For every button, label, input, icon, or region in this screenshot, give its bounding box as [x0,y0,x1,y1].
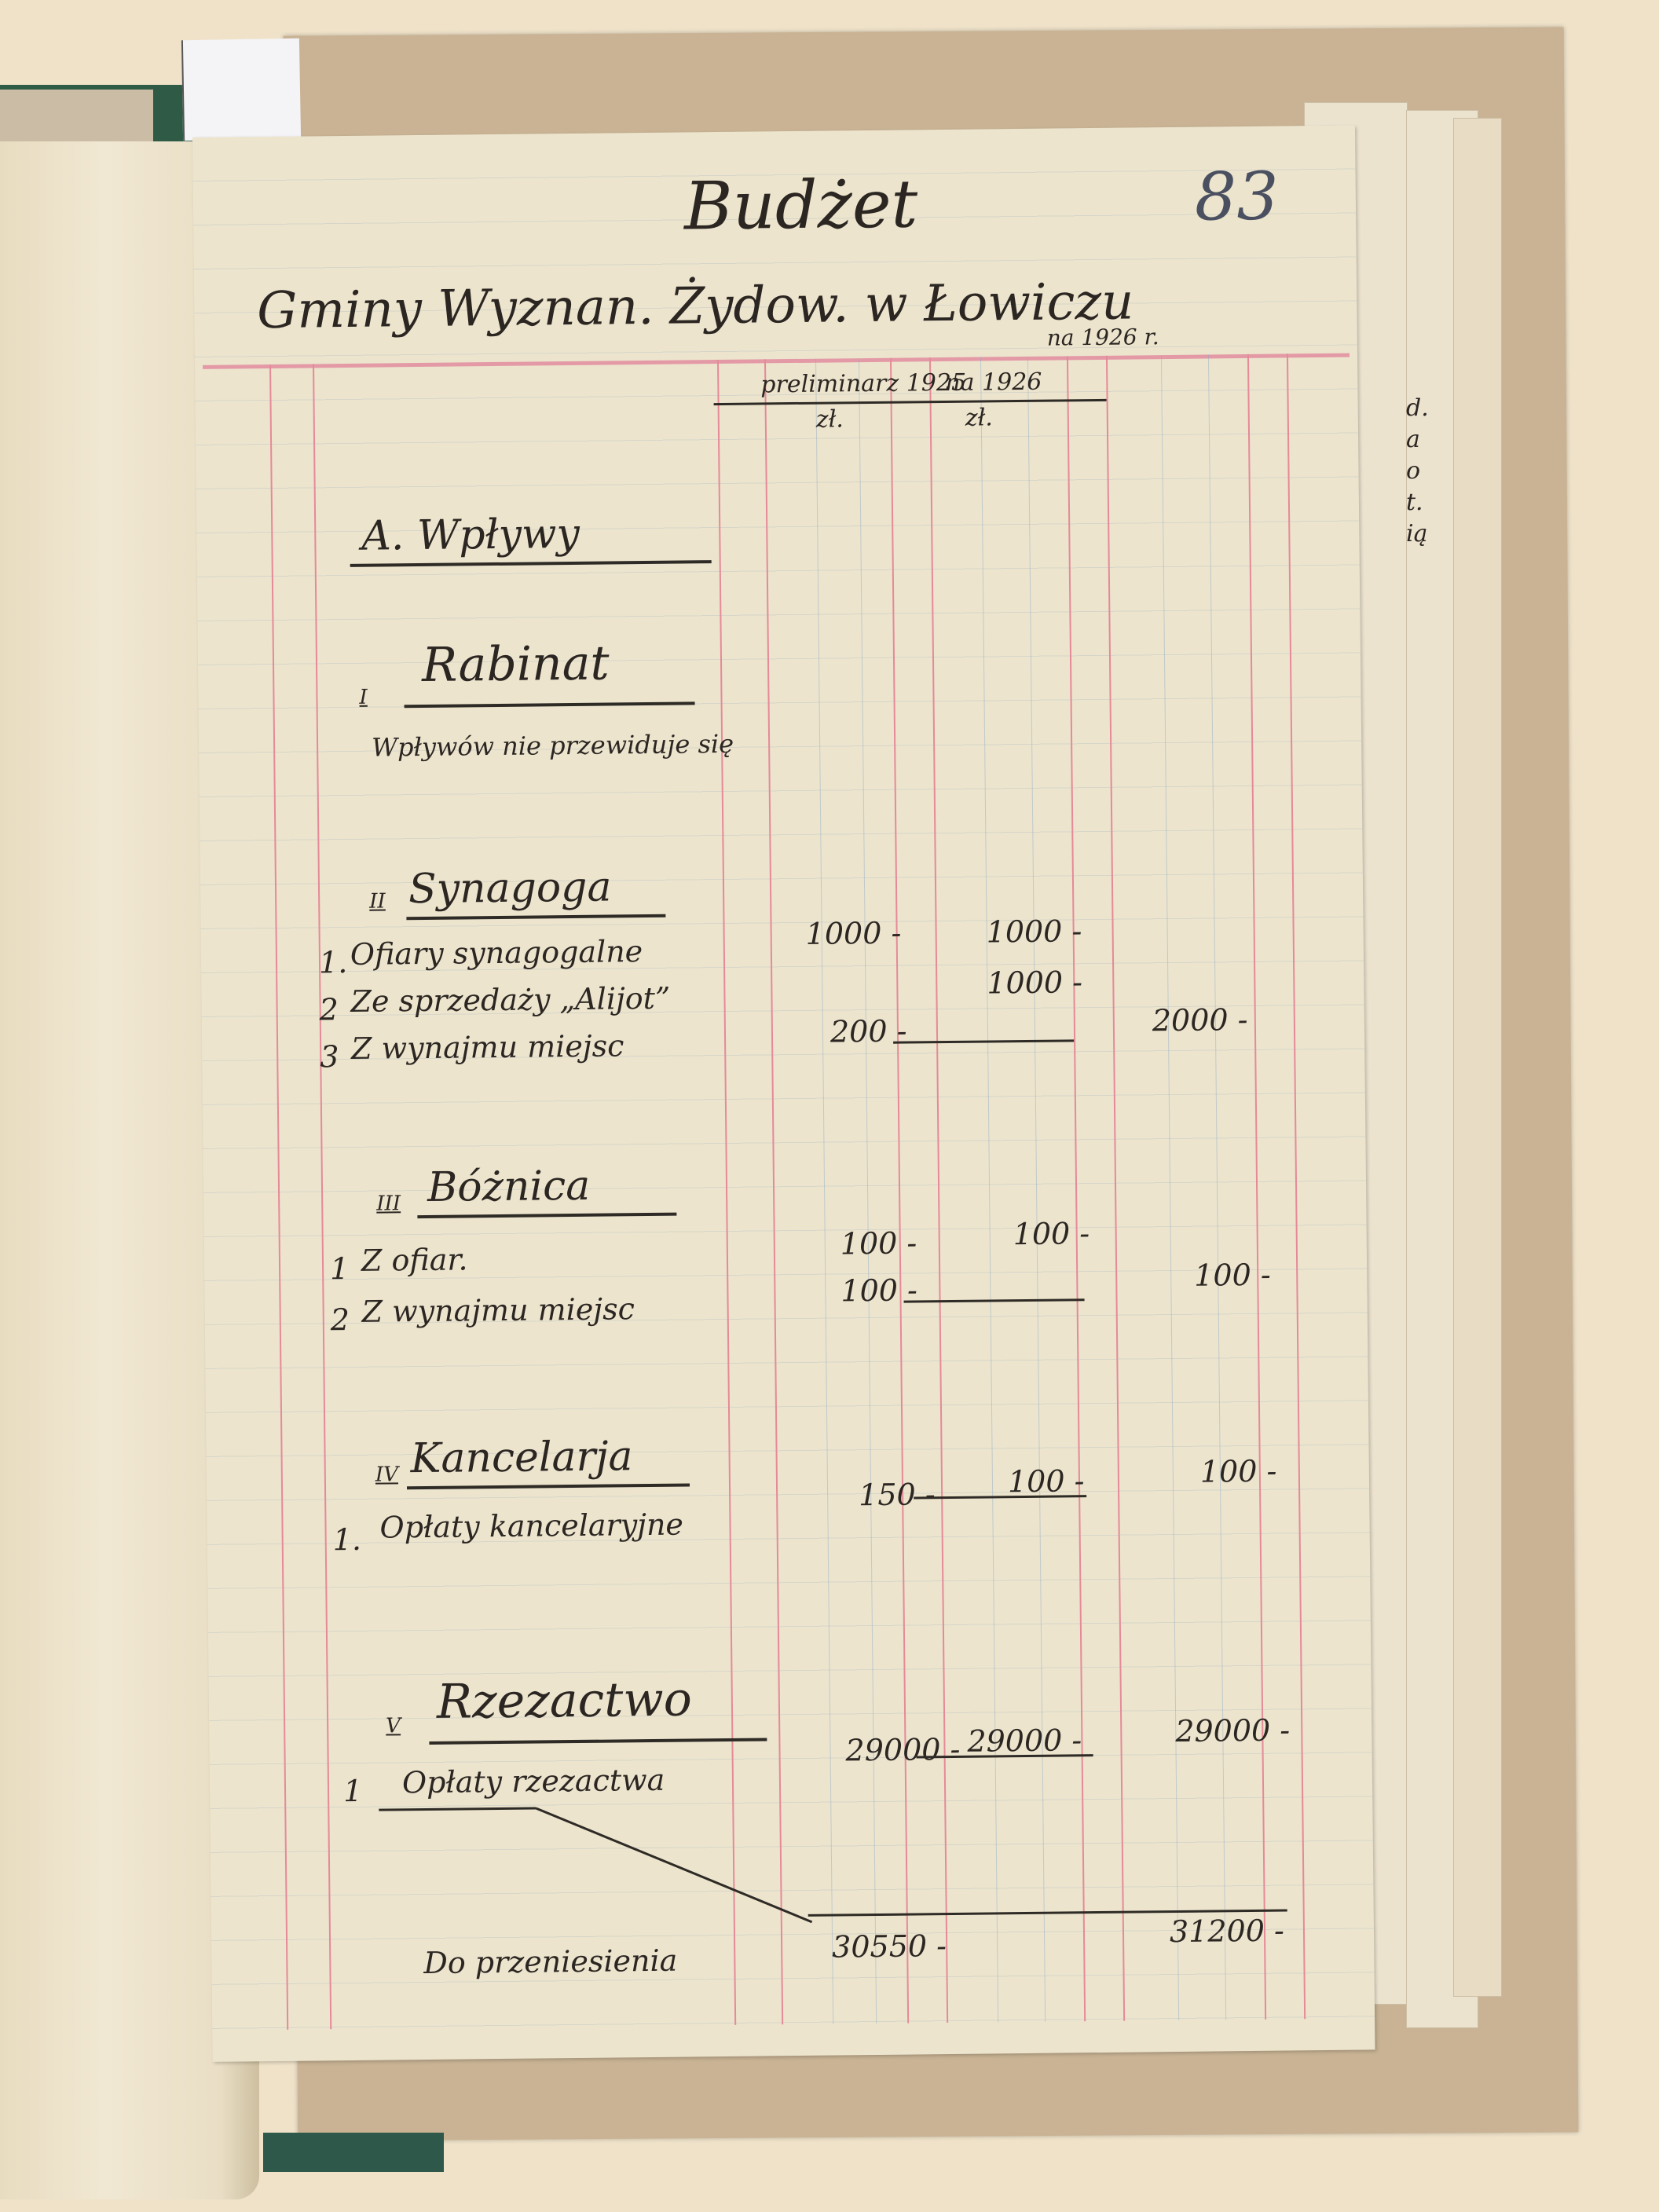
carry-forward-1926: 31200 - [1170,1914,1284,1950]
amount-1926: 100 - [1008,1463,1085,1499]
page-subtitle: Gminy Wyznan. Żydow. w Łowiczu [257,273,1134,340]
subtotal-rule [904,1298,1085,1302]
item-label: Ofiary synagogalne [350,934,643,972]
item-label: Opłaty rzezactwa [402,1763,665,1800]
header-rule [203,353,1350,369]
item-label: Z wynajmu miejsc [351,1028,624,1066]
section-number: II [369,889,386,913]
currency-unit-1925: zł. [816,405,844,433]
grid-line [980,357,998,2023]
section-heading-rabinat: Rabinat [422,635,610,692]
section-total: 29000 - [1175,1712,1290,1749]
item-number: 2 [331,1302,350,1337]
amount-1925: 1000 - [805,916,901,951]
amount-1926: 29000 - [967,1723,1082,1759]
white-tab-marker [181,38,301,141]
subtotal-rule [893,1039,1074,1043]
section-a-heading: A. Wpływy [361,511,580,560]
section-total: 2000 - [1152,1002,1248,1038]
carry-forward-label: Do przeniesienia [423,1943,677,1980]
heading-underline [406,914,665,920]
subtotal-rule [914,1495,1086,1499]
section-number: I [359,686,368,709]
amount-1925: 150 - [859,1477,936,1512]
section-total: 100 - [1194,1258,1271,1293]
column-header-rule [714,399,1107,405]
item-label: Opłaty kancelaryjne [379,1507,683,1545]
item-number: 1 [330,1251,350,1286]
section-heading-synagoga: Synagoga [408,863,612,913]
column-header-1926: na 1926 [945,368,1042,397]
carry-forward-1925: 30550 - [832,1928,947,1965]
section-heading-rzezactwo: Rzezactwo [437,1672,693,1729]
stack-sheet [1453,118,1502,1997]
page-title: Budżet [683,165,917,244]
page-number: 83 [1194,158,1279,236]
amount-1925: 29000 - [845,1732,960,1768]
grid-line [815,359,833,2024]
item-number: 1. [332,1522,361,1557]
item-label: Z wynajmu miejsc [361,1291,635,1329]
section-number: IV [375,1463,398,1486]
item-underline [379,1807,536,1811]
column-line [929,357,948,2023]
column-line [764,359,783,2024]
section-number: V [386,1714,401,1738]
grid-line [859,358,877,2023]
year-note: na 1926 r. [1047,324,1159,350]
column-line [717,360,736,2025]
column-header-1925: preliminarz 1925 [760,369,966,399]
margin-line [313,364,331,2029]
column-line [1247,354,1266,2020]
carry-pointer-line [536,1807,812,1924]
margin-line [269,364,288,2030]
column-line [1287,353,1306,2019]
section-note: Wpływów nie przewiduje się [372,729,734,763]
item-number: 3 [320,1039,339,1074]
grid-line [1161,355,1179,2020]
heading-underline [405,701,695,708]
heading-underline [407,1483,690,1489]
side-sheet-writing: d.aot.ią [1406,393,1429,550]
currency-unit-1926: zł. [965,404,993,431]
amount-1925: 100 - [840,1273,917,1308]
section-number: III [376,1192,401,1215]
amount-1926: 1000 - [987,965,1082,1000]
amount-1925: 200 - [830,1014,907,1049]
amount-1926: 1000 - [986,914,1082,949]
section-total: 100 - [1200,1454,1277,1489]
grid-line [1208,354,1226,2020]
item-label: Z ofiar. [361,1242,468,1277]
ledger-page: Budżet 83 Gminy Wyznan. Żydow. w Łowiczu… [192,126,1375,2062]
heading-underline [417,1213,676,1218]
heading-underline [429,1738,767,1745]
section-heading-boznica: Bóżnica [427,1163,591,1211]
column-line [890,358,909,2023]
item-number: 1. [319,945,348,980]
item-label: Ze sprzedaży „Alijot” [350,981,670,1019]
column-line [1067,356,1086,2021]
amount-1925: 100 - [840,1225,917,1261]
heading-underline [350,560,712,567]
amount-1926: 100 - [1013,1216,1090,1251]
grid-line [1027,357,1046,2022]
column-line [1106,356,1125,2021]
section-heading-kancelarja: Kancelarja [410,1433,632,1482]
binding-cloth-bottom [263,2133,444,2172]
item-number: 2 [319,992,339,1027]
item-number: 1 [343,1774,363,1808]
